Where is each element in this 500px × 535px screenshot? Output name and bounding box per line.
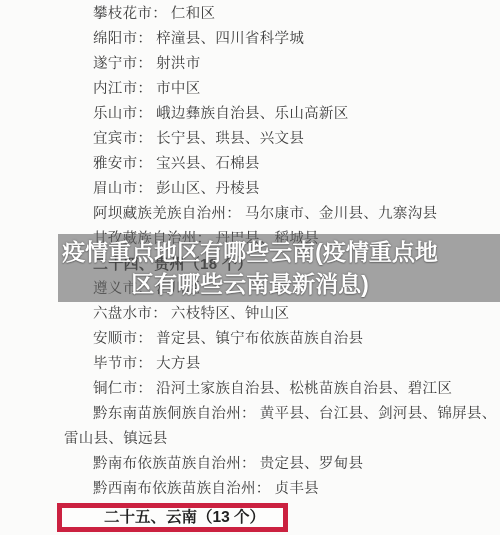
overlay-title-line2: 区有哪些云南最新消息)	[0, 268, 500, 300]
document-page: 攀枝花市： 仁和区绵阳市： 梓潼县、四川省科学城遂宁市： 射洪市内江市： 市中区…	[0, 0, 500, 535]
document-line: 乐山市： 峨边彝族自治县、乐山高新区	[0, 102, 500, 127]
document-line: 绵阳市： 梓潼县、四川省科学城	[0, 27, 500, 52]
document-line: 内江市： 市中区	[0, 77, 500, 102]
document-line: 眉山市： 彭山区、丹棱县	[0, 177, 500, 202]
overlay-title: 疫情重点地区有哪些云南(疫情重点地 区有哪些云南最新消息)	[0, 236, 500, 300]
document-line: 雷山县、镇远县	[0, 427, 500, 452]
document-line: 铜仁市： 沿河土家族自治县、松桃苗族自治县、碧江区	[0, 377, 500, 402]
highlight-box: 二十五、云南（13 个）	[57, 503, 288, 532]
document-line: 遂宁市： 射洪市	[0, 52, 500, 77]
document-line: 黔西南布依族苗族自治州： 贞丰县	[0, 477, 500, 502]
document-line: 安顺市： 普定县、镇宁布依族苗族自治县	[0, 327, 500, 352]
document-line: 六盘水市： 六枝特区、钟山区	[0, 302, 500, 327]
document-line: 阿坝藏族羌族自治州： 马尔康市、金川县、九寨沟县	[0, 202, 500, 227]
document-line: 宜宾市： 长宁县、珙县、兴文县	[0, 127, 500, 152]
document-line: 攀枝花市： 仁和区	[0, 2, 500, 27]
title-overlay-banner: 疫情重点地区有哪些云南(疫情重点地 区有哪些云南最新消息)	[58, 234, 500, 302]
document-line: 黔东南苗族侗族自治州： 黄平县、台江县、剑河县、锦屏县、	[0, 402, 500, 427]
document-line: 雅安市： 宝兴县、石棉县	[0, 152, 500, 177]
document-line: 毕节市： 大方县	[0, 352, 500, 377]
document-line: 黔南布依族苗族自治州： 贵定县、罗甸县	[0, 452, 500, 477]
overlay-title-line1: 疫情重点地区有哪些云南(疫情重点地	[0, 236, 500, 268]
highlight-label: 二十五、云南（13 个）	[62, 508, 265, 527]
